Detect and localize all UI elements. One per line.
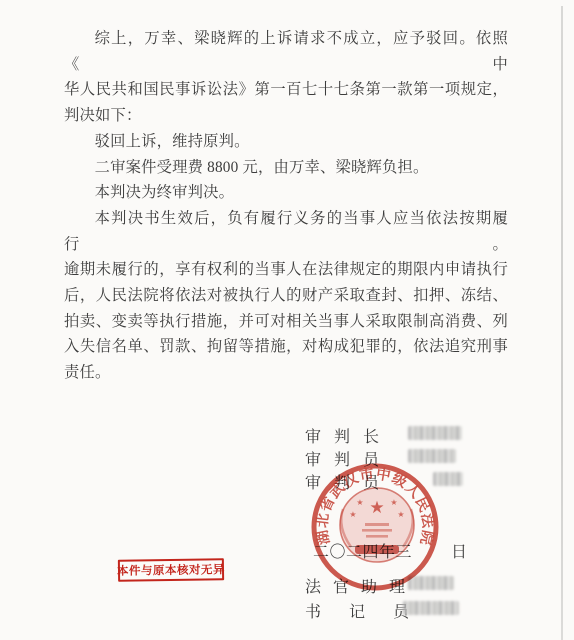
big-star-icon: ★ [369,498,384,518]
body-line: 责任。 [64,360,508,386]
small-star-icon: ★ [349,510,356,519]
body-line: 判决如下： [64,103,508,129]
body-line: 后，人民法院将依法对被执行人的财产采取查封、扣押、冻结、 [64,283,508,309]
small-star-icon: ★ [390,498,397,507]
body-line: 逾期未履行的，享有权利的当事人在法律规定的期限内申请执行 [64,257,508,283]
national-emblem-icon: ★ ★ ★ ★ ★ [340,488,414,562]
scan-edge-line [561,6,563,640]
verification-stamp: 本件与原本核对无异 [118,558,224,581]
body-line: 驳回上诉，维持原判。 [64,129,508,155]
court-seal: 湖北省武汉市中级人民法院 ★ ★ ★ ★ ★ [309,461,441,593]
body-line: 本判决为终审判决。 [64,180,508,206]
judgment-page: 综上，万幸、梁晓辉的上诉请求不成立，应予驳回。依照《中 华人民共和国民事诉讼法》… [0,0,574,640]
clerk-row: 书记员 [305,599,437,621]
body-line: 二审案件受理费 8800 元，由万幸、梁晓辉负担。 [64,155,508,181]
judgment-body: 综上，万幸、梁晓辉的上诉请求不成立，应予驳回。依照《中 华人民共和国民事诉讼法》… [64,26,508,386]
presiding-judge-row: 审判长 [305,424,392,446]
redacted-name [403,601,459,615]
presiding-judge-label: 审判长 [305,429,392,446]
body-line: 拍卖、变卖等执行措施，并可对相关当事人采取限制高消费、列 [64,309,508,335]
body-line: 综上，万幸、梁晓辉的上诉请求不成立，应予驳回。依照《中 [64,26,508,77]
small-star-icon: ★ [356,498,363,507]
body-line: 入失信名单、罚款、拘留等措施，对构成犯罪的，依法追究刑事 [64,334,508,360]
body-line: 本判决书生效后，负有履行义务的当事人应当依法按期履行。 [64,206,508,257]
date-end: 日 [451,544,468,561]
body-line: 华人民共和国民事诉讼法》第一百七十七条第一款第一项规定， [64,77,508,103]
redacted-name [408,426,462,440]
small-star-icon: ★ [397,510,404,519]
verification-stamp-text: 本件与原本核对无异 [117,561,225,579]
